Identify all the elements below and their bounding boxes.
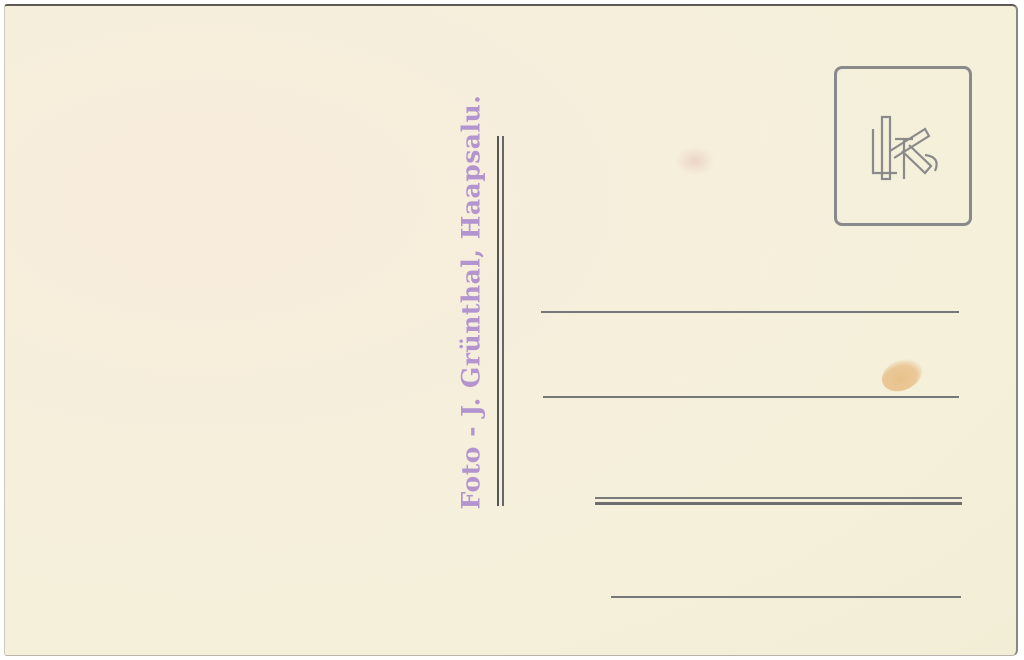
age-spot [675,146,715,176]
address-line-1 [541,311,959,313]
postcard-back: Foto - J. Grünthal, Haapsalu. [4,4,1018,656]
lkt-monogram-icon [867,99,943,195]
address-line-3 [595,497,962,505]
stain [877,353,928,398]
center-divider-line [497,136,504,506]
stamp-box [834,66,972,226]
address-line-2 [543,396,959,398]
address-line-4 [611,596,961,598]
photographer-imprint: Foto - J. Grünthal, Haapsalu. [457,95,486,510]
